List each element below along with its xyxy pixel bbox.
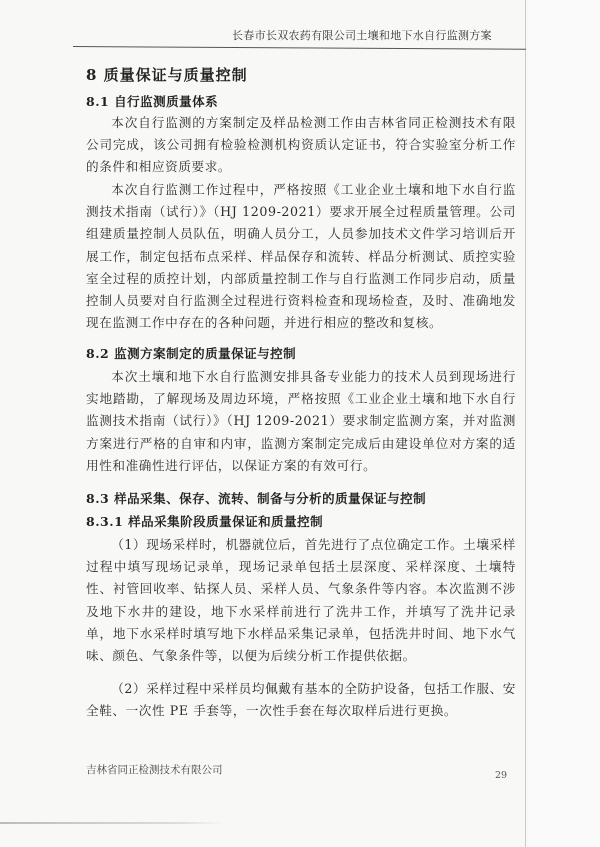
page-margin — [528, 0, 600, 847]
section-heading: 8 质量保证与质量控制 — [86, 64, 248, 85]
subsection-heading-8-2: 8.2 监测方案制定的质量保证与控制 — [86, 344, 296, 362]
paragraph-8-3-1-2: （2）采样过程中采样员均佩戴有基本的全防护设备，包括工作服、安全鞋、一次性 PE… — [86, 678, 516, 722]
paragraph-8-1-1: 本次自行监测的方案制定及样品检测工作由吉林省同正检测技术有限公司完成，该公司拥有… — [86, 112, 516, 179]
document-page: 长春市长双农药有限公司土壤和地下水自行监测方案 8 质量保证与质量控制 8.1 … — [0, 0, 600, 847]
paragraph-8-3-1-1: （1）现场采样时，机器就位后，首先进行了点位确定工作。土壤采样过程中填写现场记录… — [86, 534, 516, 667]
page-edge-line — [525, 0, 526, 847]
paragraph-8-1-2: 本次自行监测工作过程中，严格按照《工业企业土壤和地下水自行监测技术指南（试行）》… — [86, 179, 516, 334]
scan-shadow — [0, 822, 225, 824]
subsection-heading-8-1: 8.1 自行监测质量体系 — [86, 92, 218, 110]
page-number: 29 — [495, 770, 507, 781]
running-header: 长春市长双农药有限公司土壤和地下水自行监测方案 — [232, 27, 492, 43]
footer-company: 吉林省同正检测技术有限公司 — [86, 762, 223, 777]
paragraph-8-2-1: 本次土壤和地下水自行监测安排具备专业能力的技术人员到现场进行实地踏勘，了解现场及… — [86, 366, 516, 477]
subsection-heading-8-3-1: 8.3.1 样品采集阶段质量保证和质量控制 — [86, 512, 323, 530]
header-divider — [73, 46, 526, 50]
subsection-heading-8-3: 8.3 样品采集、保存、流转、制备与分析的质量保证与控制 — [86, 489, 426, 507]
